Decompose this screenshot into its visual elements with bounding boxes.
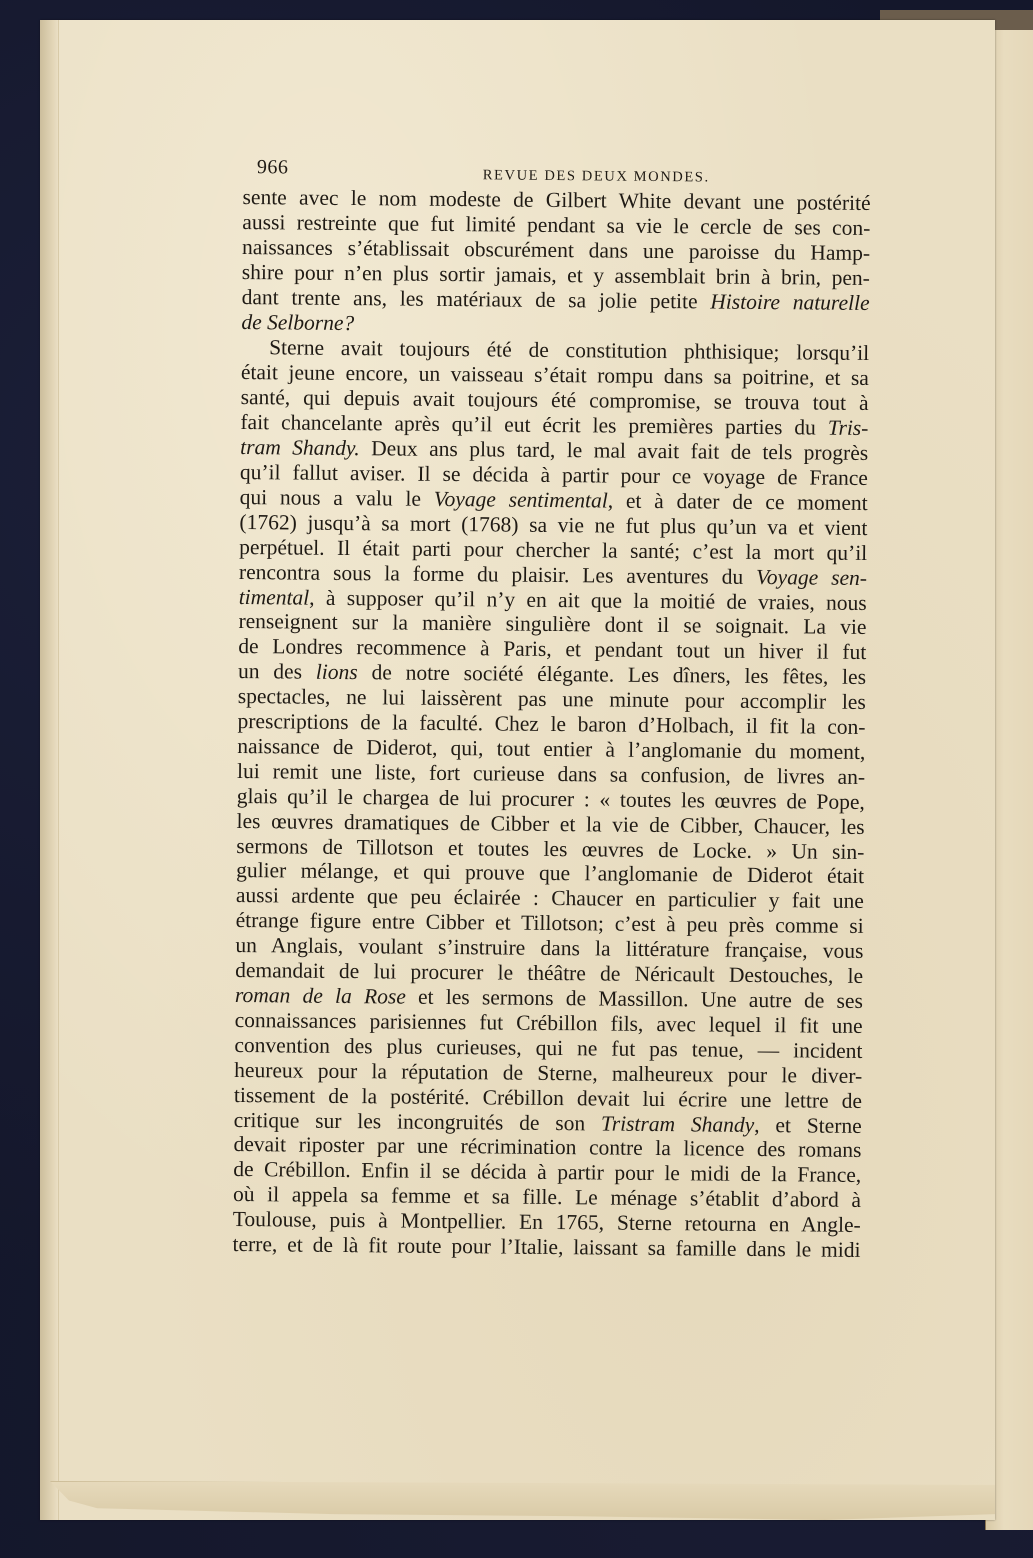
italic-title: Histoire naturelle <box>710 289 869 315</box>
italic-title: Voyage sentimental <box>434 487 608 513</box>
italic-title: timental <box>239 584 310 609</box>
running-head: 966 REVUE DES DEUX MONDES. <box>243 155 871 191</box>
paragraph: sente avec le nom modeste de Gilbert Whi… <box>241 185 870 340</box>
italic-title: tram Shandy. <box>240 435 360 460</box>
italic-title: Tris- <box>828 416 869 440</box>
paragraph: Sterne avait toujours été de constitutio… <box>232 335 869 1263</box>
italic-title: lions <box>316 660 358 684</box>
italic-title: Voyage sen- <box>756 565 867 590</box>
page-left-edge <box>40 20 59 1520</box>
body-text: sente avec le nom modeste de Gilbert Whi… <box>232 185 870 1263</box>
italic-title: Tristram Shandy <box>601 1111 754 1136</box>
italic-title: de Selborne? <box>241 310 354 335</box>
page-bottom-torn-fold <box>50 1481 995 1520</box>
italic-title: roman de la Rose <box>235 983 406 1009</box>
journal-title: REVUE DES DEUX MONDES. <box>483 163 710 190</box>
page-text-block: 966 REVUE DES DEUX MONDES. sente avec le… <box>232 155 871 1263</box>
page-number: 966 <box>257 155 289 180</box>
